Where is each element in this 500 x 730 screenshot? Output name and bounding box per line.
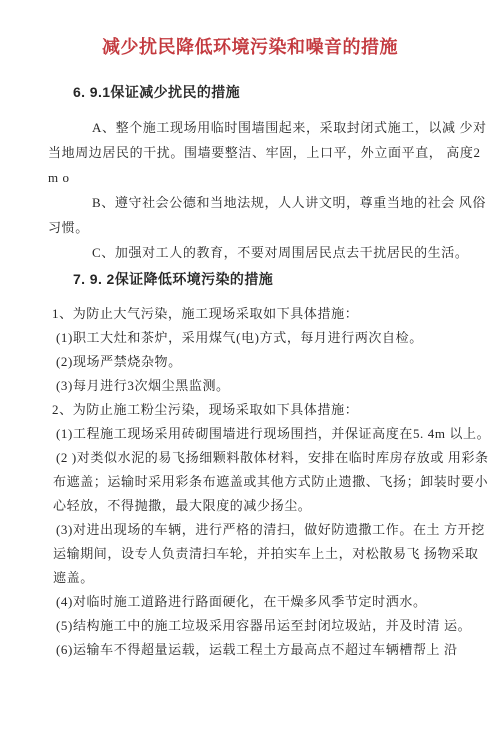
- list-2-item-6: (6)运输车不得超量运载，运载工程土方最高点不超过车辆槽帮上 沿: [56, 638, 500, 662]
- list-2-item-3-line-3: 遮盖。: [53, 566, 500, 590]
- list-2-item-2-line-1: (2 )对类似水泥的易飞扬细颗料散体材料，安排在临时库房存放或 用彩条: [56, 446, 500, 470]
- list-2-item-2-line-2: 布遮盖；运输时采用彩条布遮盖或其他方式防止遗撒、飞扬；卸装时要小: [53, 470, 500, 494]
- list-2-item-5: (5)结构施工中的施工垃圾采用容器吊运至封闭垃圾站，并及时清 运。: [56, 614, 500, 638]
- list-2-item-3-line-2: 运输期间，设专人负责清扫车轮，并拍实车上土，对松散易飞 扬物采取: [53, 542, 500, 566]
- paragraph-a-line-1: A、整个施工现场用临时围墙围起来，采取封闭式施工，以减 少对: [92, 115, 500, 140]
- list-2-item-4: (4)对临时施工道路进行路面硬化，在干燥多风季节定时洒水。: [56, 590, 500, 614]
- section-heading-7-9-2: 7. 9. 2保证降低环境污染的措施: [73, 271, 500, 288]
- list-1-item-3: (3)每月进行3次烟尘黑监测。: [56, 374, 500, 398]
- list-2-item-1: (1)工程施工现场采用砖砌围墙进行现场围挡，并保证高度在5. 4m 以上。: [56, 422, 500, 446]
- paragraph-a-line-3: m o: [48, 165, 500, 190]
- list-heading-2: 2、为防止施工粉尘污染，现场采取如下具体措施：: [52, 398, 500, 422]
- paragraph-b-line-1: B、遵守社会公德和当地法规，人人讲文明，尊重当地的社会 风俗: [92, 190, 500, 215]
- list-heading-1: 1、为防止大气污染，施工现场采取如下具体措施：: [52, 302, 500, 326]
- paragraph-a-line-2: 当地周边居民的干扰。围墙要整洁、牢固，上口平，外立面平直， 高度2: [48, 140, 500, 165]
- paragraph-b-line-2: 习惯。: [48, 215, 500, 240]
- paragraph-c-line-1: C、加强对工人的教育，不要对周围居民点去干扰居民的生活。: [92, 240, 500, 265]
- list-1-item-2: (2)现场严禁烧杂物。: [56, 350, 500, 374]
- list-2-item-2-line-3: 心轻放，不得抛撒，最大限度的减少扬尘。: [53, 494, 500, 518]
- section-heading-6-9-1: 6. 9.1保证减少扰民的措施: [73, 84, 500, 101]
- list-1-item-1: (1)职工大灶和茶炉，采用煤气(电)方式，每月进行两次自检。: [56, 326, 500, 350]
- document-title: 减少扰民降低环境污染和噪音的措施: [0, 34, 500, 60]
- document-page: 减少扰民降低环境污染和噪音的措施 6. 9.1保证减少扰民的措施 A、整个施工现…: [0, 0, 500, 730]
- list-2-item-3-line-1: (3)对进出现场的车辆，进行严格的清扫，做好防遗撒工作。在土 方开挖: [56, 518, 500, 542]
